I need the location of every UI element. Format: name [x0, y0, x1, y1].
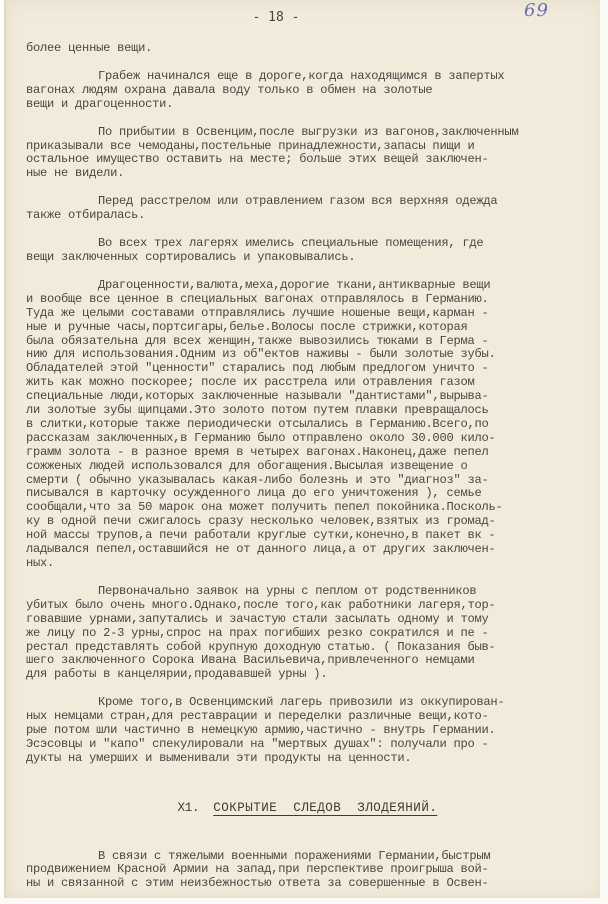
- text-line: рассказам заключенных,в Германию было от…: [26, 432, 606, 446]
- text-line: вещи и драгоценности.: [26, 98, 606, 112]
- text-line: Перед расстрелом или отравлением газом в…: [26, 195, 606, 209]
- text-line: дукты на умерших и выменивали эти продук…: [26, 752, 606, 766]
- text-line: грамм золота - в разное время в четырех …: [26, 446, 606, 460]
- paragraph: более ценные вещи.: [26, 42, 606, 56]
- paragraph: Кроме того,в Освенцимский лагерь привози…: [26, 696, 606, 766]
- text-line: специальные люди,которых заключенные наз…: [26, 390, 606, 404]
- paragraph: Драгоценности,валюта,меха,дорогие ткани,…: [26, 279, 606, 571]
- text-line: в слитки,которые также периодически отсы…: [26, 418, 606, 432]
- text-line: остальное имущество оставить на месте; б…: [26, 153, 606, 167]
- text-line: ной массы трупов,а печи работали круглые…: [26, 529, 606, 543]
- text-line: По прибытии в Освенцим,после выгрузки из…: [26, 126, 606, 140]
- text-line: Первоначально заявок на урны с пеплом от…: [26, 585, 606, 599]
- text-line: Драгоценности,валюта,меха,дорогие ткани,…: [26, 279, 606, 293]
- text-line: ных немцами стран,для реставрации и пере…: [26, 710, 606, 724]
- paragraph: В связи с тяжелыми военными поражениями …: [26, 850, 606, 892]
- text-line: ладывался пепел,оставшийся не от данного…: [26, 543, 606, 557]
- text-line: сообщали,что за 50 марок она может получ…: [26, 501, 606, 515]
- paragraph: Во всех трех лагерях имелись специальные…: [26, 237, 606, 265]
- text-line: нию для использования.Одним из об"ектов …: [26, 348, 606, 362]
- text-line: вещи заключенных сортировались и упаковы…: [26, 251, 606, 265]
- text-line: Кроме того,в Освенцимский лагерь привози…: [26, 696, 606, 710]
- text-line: смерти ( обычно указывалась какая-либо б…: [26, 474, 606, 488]
- paragraph-list: более ценные вещи.Грабеж начинался еще в…: [26, 42, 606, 766]
- text-line: рые потом шли частично в немецкую армию,…: [26, 724, 606, 738]
- text-line: для работы в канцелярии,продававшей урны…: [26, 668, 606, 682]
- document-page: - 18 - 69 более ценные вещи.Грабеж начин…: [4, 0, 602, 898]
- text-line: сожженых людей использовался для обогаще…: [26, 460, 606, 474]
- scan-margin-right: [600, 0, 608, 904]
- final-paragraph-container: В связи с тяжелыми военными поражениями …: [26, 850, 606, 892]
- text-line: же лицу по 2-3 урны,спрос на прах погибш…: [26, 627, 606, 641]
- text-line: Туда же целыми составами отправлялись лу…: [26, 307, 606, 321]
- document-body: более ценные вещи.Грабеж начинался еще в…: [26, 42, 606, 904]
- text-line: более ценные вещи.: [26, 42, 606, 56]
- text-line: ли золотые зубы щипцами.Это золото потом…: [26, 404, 606, 418]
- text-line: убитых было очень много.Однако,после тог…: [26, 599, 606, 613]
- text-line: Эсэсовцы и "капо" спекулировали на "мерт…: [26, 738, 606, 752]
- text-line: ных.: [26, 557, 606, 571]
- text-line: рестал представлять собой крупную доходн…: [26, 641, 606, 655]
- text-line: вагонах людям охрана давала воду только …: [26, 84, 606, 98]
- text-line: жить как можно поскорее; после их расстр…: [26, 376, 606, 390]
- text-line: ку в одной печи сжигалось сразу нескольк…: [26, 515, 606, 529]
- text-line: ны и связанной с этим неизбежностью отве…: [26, 877, 606, 891]
- page-number: - 18 -: [0, 10, 574, 25]
- text-line: шего заключенного Сорока Ивана Васильеви…: [26, 654, 606, 668]
- text-line: Обладателей этой "ценности" старались по…: [26, 362, 606, 376]
- text-line: продвижением Красной Армии на запад,при …: [26, 863, 606, 877]
- text-line: ные не видели.: [26, 167, 606, 181]
- handwritten-archive-number: 69: [524, 0, 549, 21]
- scan-margin-bottom: [0, 898, 608, 904]
- section-heading: Х1.СОКРЫТИЕ СЛЕДОВ ЗЛОДЕЯНИЙ.: [26, 788, 606, 830]
- text-line: писывался в карточку осужденного лица до…: [26, 487, 606, 501]
- text-line: также отбиралась.: [26, 209, 606, 223]
- text-line: говавшие урнами,запутались и зачастую ст…: [26, 613, 606, 627]
- paragraph: Перед расстрелом или отравлением газом в…: [26, 195, 606, 223]
- text-line: ные и ручные часы,портсигары,белье.Волос…: [26, 321, 606, 335]
- text-line: Во всех трех лагерях имелись специальные…: [26, 237, 606, 251]
- paragraph: Первоначально заявок на урны с пеплом от…: [26, 585, 606, 682]
- paragraph: По прибытии в Освенцим,после выгрузки из…: [26, 126, 606, 182]
- text-line: и вообще все ценное в специальных вагона…: [26, 293, 606, 307]
- text-line: В связи с тяжелыми военными поражениями …: [26, 850, 606, 864]
- section-title: СОКРЫТИЕ СЛЕДОВ ЗЛОДЕЯНИЙ.: [213, 801, 437, 815]
- section-number: Х1.: [178, 801, 200, 815]
- text-line: Грабеж начинался еще в дороге,когда нахо…: [26, 70, 606, 84]
- text-line: приказывали все чемоданы,постельные прин…: [26, 140, 606, 154]
- paragraph: Грабеж начинался еще в дороге,когда нахо…: [26, 70, 606, 112]
- text-line: была обязательна для всех женщин,также в…: [26, 335, 606, 349]
